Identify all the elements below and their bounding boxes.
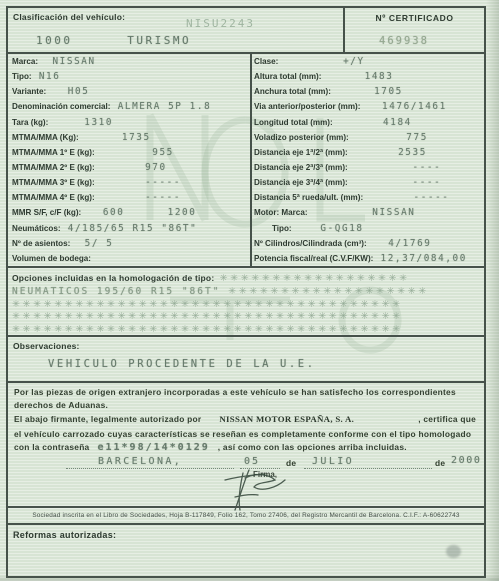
options-star-row: ✳✳✳✳✳✳✳✳✳✳✳✳✳✳✳✳✳✳✳✳✳✳✳✳✳✳✳✳✳✳✳✳✳✳✳✳✳ (12, 322, 480, 335)
conformity-line: el vehículo carrozado cuyas característi… (14, 429, 476, 439)
field-row: Tipo: N16 (8, 69, 250, 84)
star-decoration: ✳✳✳✳✳✳✳✳✳✳✳✳✳✳✳✳✳✳✳ (228, 286, 429, 297)
approval-pre-text: con la contraseña (14, 442, 89, 452)
field-row: Altura total (mm): 1483 (250, 69, 484, 84)
date-de-2: de (435, 458, 445, 468)
field-value: ---- (348, 162, 442, 173)
field-value: N16 (32, 71, 61, 82)
observations-value: VEHICULO PROCEDENTE DE LA U.E. (48, 358, 316, 370)
observations-box: Observaciones: VEHICULO PROCEDENTE DE LA… (6, 335, 486, 383)
field-row: Nº de asientos: 5/ 5 (8, 236, 250, 251)
field-value: ----- (95, 192, 181, 203)
classification-label: Clasificación del vehículo: (13, 12, 125, 22)
field-row: Distancia eje 1ª/2ª (mm): 2535 (250, 145, 484, 160)
field-row: Distancia eje 3ª/4ª (mm): ---- (250, 175, 484, 190)
certification-box: Por las piezas de origen extranjero inco… (6, 381, 486, 508)
field-label: Distancia eje 1ª/2ª (mm): (254, 148, 348, 157)
field-label: Tipo: (254, 224, 292, 233)
field-value: 970 (95, 162, 167, 173)
star-decoration: ✳✳✳✳✳✳✳✳✳✳✳✳✳✳✳✳✳✳✳✳✳✳✳✳✳✳✳✳✳✳✳✳✳✳✳✳✳ (12, 299, 403, 310)
field-row: Marca: NISSAN (8, 54, 250, 69)
field-row: Motor: Marca: NISSAN (250, 205, 484, 220)
certificate-label: Nº CERTIFICADO (345, 13, 484, 23)
approval-post-text: , así como con las opciones arriba inclu… (218, 442, 407, 452)
certificate-cell: Nº CERTIFICADO 469938 (343, 8, 484, 52)
field-value: ----- (95, 177, 181, 188)
field-row: Tara (kg): 1310 (8, 115, 250, 130)
options-label: Opciones incluidas en la homologación de… (12, 273, 214, 283)
field-row: Distancia eje 2ª/3ª (mm): ---- (250, 160, 484, 175)
signer-post-text: , certifica que (418, 414, 476, 424)
approval-code: e11*98/14*0129 (97, 442, 209, 453)
options-star-row: ✳✳✳✳✳✳✳✳✳✳✳✳✳✳✳✳✳✳✳✳✳✳✳✳✳✳✳✳✳✳✳✳✳✳✳✳✳ (12, 297, 480, 310)
field-label: Anchura total (mm): (254, 87, 331, 96)
options-label-row: Opciones incluidas en la homologación de… (12, 271, 480, 284)
classification-box: Clasificación del vehículo: NISU2243 100… (6, 6, 486, 54)
date-month: JULIO (312, 456, 354, 467)
field-value: 4/1769 (367, 238, 432, 249)
options-box: Opciones incluidas en la homologación de… (6, 266, 486, 337)
field-row: Potencia fiscal/real (C.V.F/KW): 12,37/0… (250, 251, 484, 266)
field-label: Altura total (mm): (254, 72, 321, 81)
ficha-tecnica-scan: Clasificación del vehículo: NISU2243 100… (0, 0, 499, 581)
watermark-code: NISU2243 (186, 17, 255, 30)
options-typed-value: NEUMATICOS 195/60 R15 "86T" (12, 286, 228, 297)
field-label: Distancia 5ª rueda/ult. (mm): (254, 193, 363, 202)
field-row: MTMA/MMA 3º E (kg): ----- (8, 175, 250, 190)
options-star-row: NEUMATICOS 195/60 R15 "86T" ✳✳✳✳✳✳✳✳✳✳✳✳… (12, 284, 480, 297)
field-label: Neumáticos: (12, 224, 61, 233)
right-fields: Clase: +/YAltura total (mm): 1483Anchura… (250, 54, 484, 266)
field-row: Via anterior/posterior (mm): 1476/1461 (250, 99, 484, 114)
date-city: BARCELONA, (98, 456, 182, 467)
certificate-number: 469938 (379, 35, 429, 47)
star-decoration: ✳✳✳✳✳✳✳✳✳✳✳✳✳✳✳✳✳✳✳✳✳✳✳✳✳✳✳✳✳✳✳✳✳✳✳✳✳ (12, 324, 403, 335)
field-row: MTMA/MMA 2º E (kg): 970 (8, 160, 250, 175)
field-row: Nº Cilindros/Cilindrada (cm³): 4/1769 (250, 236, 484, 251)
field-value: 1483 (321, 71, 393, 82)
field-value: 1310 (48, 117, 113, 128)
field-value: 1476/1461 (360, 101, 446, 112)
field-label: Nº de asientos: (12, 239, 70, 248)
field-row: Tipo: G-QG18 (250, 221, 484, 236)
field-label: Potencia fiscal/real (C.V.F/KW): (254, 254, 373, 263)
field-row: MTMA/MMA 1º E (kg): 955 (8, 145, 250, 160)
star-decoration: ✳✳✳✳✳✳✳✳✳✳✳✳✳✳✳✳✳✳✳✳✳✳✳✳✳✳✳✳✳✳✳✳✳✳✳✳✳ (12, 311, 403, 322)
field-row: Volumen de bodega: (8, 251, 250, 266)
field-label: Tipo: (12, 72, 32, 81)
field-label: Voladizo posterior (mm): (254, 133, 349, 142)
left-fields: Marca: NISSANTipo: N16Variante: H05Denom… (8, 54, 252, 266)
field-row: MTMA/MMA (Kg): 1735 (8, 130, 250, 145)
field-label: Distancia eje 3ª/4ª (mm): (254, 178, 348, 187)
field-value: 2535 (348, 147, 427, 158)
field-value: G-QG18 (292, 223, 364, 234)
field-value: 4/185/65 R15 "86T" (61, 223, 198, 234)
field-row: Variante: H05 (8, 84, 250, 99)
observations-label: Observaciones: (13, 341, 80, 351)
field-row: Anchura total (mm): 1705 (250, 84, 484, 99)
field-label: Via anterior/posterior (mm): (254, 102, 360, 111)
handwritten-signature (213, 467, 305, 511)
field-label: MMR S/F, c/F (kg): (12, 208, 81, 217)
field-row: MTMA/MMA 4º E (kg): ----- (8, 190, 250, 205)
field-value: 12,37/084,00 (373, 253, 467, 264)
field-value: 775 (349, 132, 428, 143)
field-label: Distancia eje 2ª/3ª (mm): (254, 163, 348, 172)
approval-code-line: con la contraseña e11*98/14*0129 , así c… (14, 442, 476, 453)
field-label: MTMA/MMA 4º E (kg): (12, 193, 95, 202)
field-row: Denominación comercial: ALMERA 5P 1.8 (8, 99, 250, 114)
field-label: Denominación comercial: (12, 102, 111, 111)
field-value: 1705 (331, 86, 403, 97)
date-year: 2000 (451, 455, 481, 466)
technical-data-box: Marca: NISSANTipo: N16Variante: H05Denom… (6, 52, 486, 268)
field-value: 1735 (79, 132, 151, 143)
field-value: ALMERA 5P 1.8 (111, 101, 212, 112)
signer-line: El abajo firmante, legalmente autorizado… (14, 414, 476, 424)
customs-statement-line1: Por las piezas de origen extranjero inco… (14, 387, 476, 397)
reforms-label: Reformas autorizadas: (13, 530, 116, 540)
options-star-row: ✳✳✳✳✳✳✳✳✳✳✳✳✳✳✳✳✳✳✳✳✳✳✳✳✳✳✳✳✳✳✳✳✳✳✳✳✳ (12, 309, 480, 322)
field-value: H05 (46, 86, 89, 97)
field-row: Distancia 5ª rueda/ult. (mm): ----- (250, 190, 484, 205)
field-value: ---- (348, 177, 442, 188)
field-value: 5/ 5 (70, 238, 113, 249)
field-label: MTMA/MMA 2º E (kg): (12, 163, 95, 172)
field-label: Variante: (12, 87, 46, 96)
classification-value: 1000 TURISMO (36, 34, 191, 47)
field-value: ----- (363, 192, 449, 203)
field-label: Volumen de bodega: (12, 254, 91, 263)
scan-edge-bottom (0, 575, 499, 581)
field-row: MMR S/F, c/F (kg): 600 1200 (8, 205, 250, 220)
field-value: 955 (95, 147, 174, 158)
field-label: MTMA/MMA (Kg): (12, 133, 79, 142)
field-label: Motor: Marca: (254, 208, 308, 217)
reforms-box: Reformas autorizadas: (6, 523, 486, 578)
field-row: Longitud total (mm): 4184 (250, 115, 484, 130)
field-label: Tara (kg): (12, 118, 48, 127)
field-label: Clase: (254, 57, 278, 66)
field-label: Marca: (12, 57, 38, 66)
classification-cell: Clasificación del vehículo: NISU2243 100… (8, 8, 343, 52)
ink-stamp-mark (446, 545, 461, 558)
date-day: 05 (244, 456, 260, 467)
field-label: Longitud total (mm): (254, 118, 333, 127)
field-label: Nº Cilindros/Cilindrada (cm³): (254, 239, 367, 248)
field-row: Neumáticos: 4/185/65 R15 "86T" (8, 221, 250, 236)
field-label: MTMA/MMA 1º E (kg): (12, 148, 95, 157)
signer-pre-text: El abajo firmante, legalmente autorizado… (14, 414, 201, 424)
field-value: 600 1200 (81, 207, 196, 218)
field-label: MTMA/MMA 3º E (kg): (12, 178, 95, 187)
options-extra-rows: NEUMATICOS 195/60 R15 "86T" ✳✳✳✳✳✳✳✳✳✳✳✳… (12, 284, 480, 335)
field-row: Clase: +/Y (250, 54, 484, 69)
scan-edge-right (486, 0, 499, 581)
star-decoration: ✳✳✳✳✳✳✳✳✳✳✳✳✳✳✳✳✳✳ (214, 273, 409, 284)
field-value: +/Y (278, 56, 364, 67)
registry-fineprint: Sociedad inscrita en el Libro de Socieda… (32, 512, 459, 519)
field-row: Voladizo posterior (mm): 775 (250, 130, 484, 145)
field-value: NISSAN (308, 207, 416, 218)
field-value: 4184 (333, 117, 412, 128)
customs-statement-line2: derechos de Aduanas. (14, 400, 476, 410)
field-value: NISSAN (38, 56, 96, 67)
company-name: NISSAN MOTOR ESPAÑA, S. A. (219, 414, 354, 424)
